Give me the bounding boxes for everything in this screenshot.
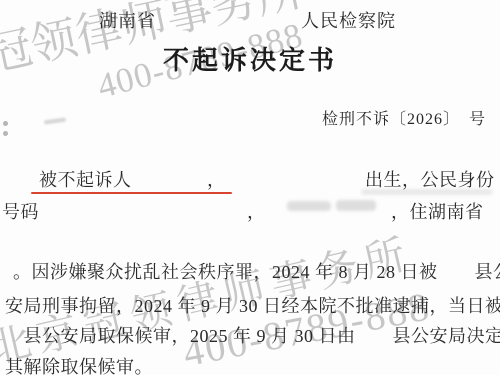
body-line: 其解除取保候审。 <box>5 353 499 375</box>
case-number: 检刑不诉〔2026〕 号 <box>322 106 486 129</box>
id-number-label: 号码 <box>2 198 39 224</box>
scan-artifact-dot <box>3 131 8 136</box>
scan-artifact-mark <box>44 117 66 124</box>
comma-after-id: ， <box>247 198 266 224</box>
document-page: 冠领律师事务所 400-8789-888 北京冠领律师事务所 400-8789-… <box>0 0 500 375</box>
defendant-label: 被不起诉人 <box>39 166 132 192</box>
scan-artifact-dot <box>3 121 8 126</box>
redaction-smudge <box>287 201 331 211</box>
body-line: 县公安局取保候审，2025 年 9 月 30 日由 县公安局决定对 <box>5 322 499 348</box>
redaction-smudge <box>361 189 493 195</box>
comma-after-name: ， <box>207 166 226 192</box>
procuratorate-name: 人民检察院 <box>301 7 396 33</box>
body-line: 。因涉嫌聚众扰乱社会秩序罪，2024 年 8 月 28 日被 县公 <box>5 258 500 284</box>
redaction-smudge <box>336 200 376 211</box>
document-title: 不起诉决定书 <box>0 40 500 77</box>
residence-fragment: ，住湖南省 <box>391 198 484 224</box>
body-line: 安局刑事拘留，2024 年 9 月 30 日经本院不批准逮捕，当日被 <box>5 292 499 318</box>
red-underline-annotation <box>31 192 232 194</box>
province-name: 湖南省 <box>99 7 156 33</box>
